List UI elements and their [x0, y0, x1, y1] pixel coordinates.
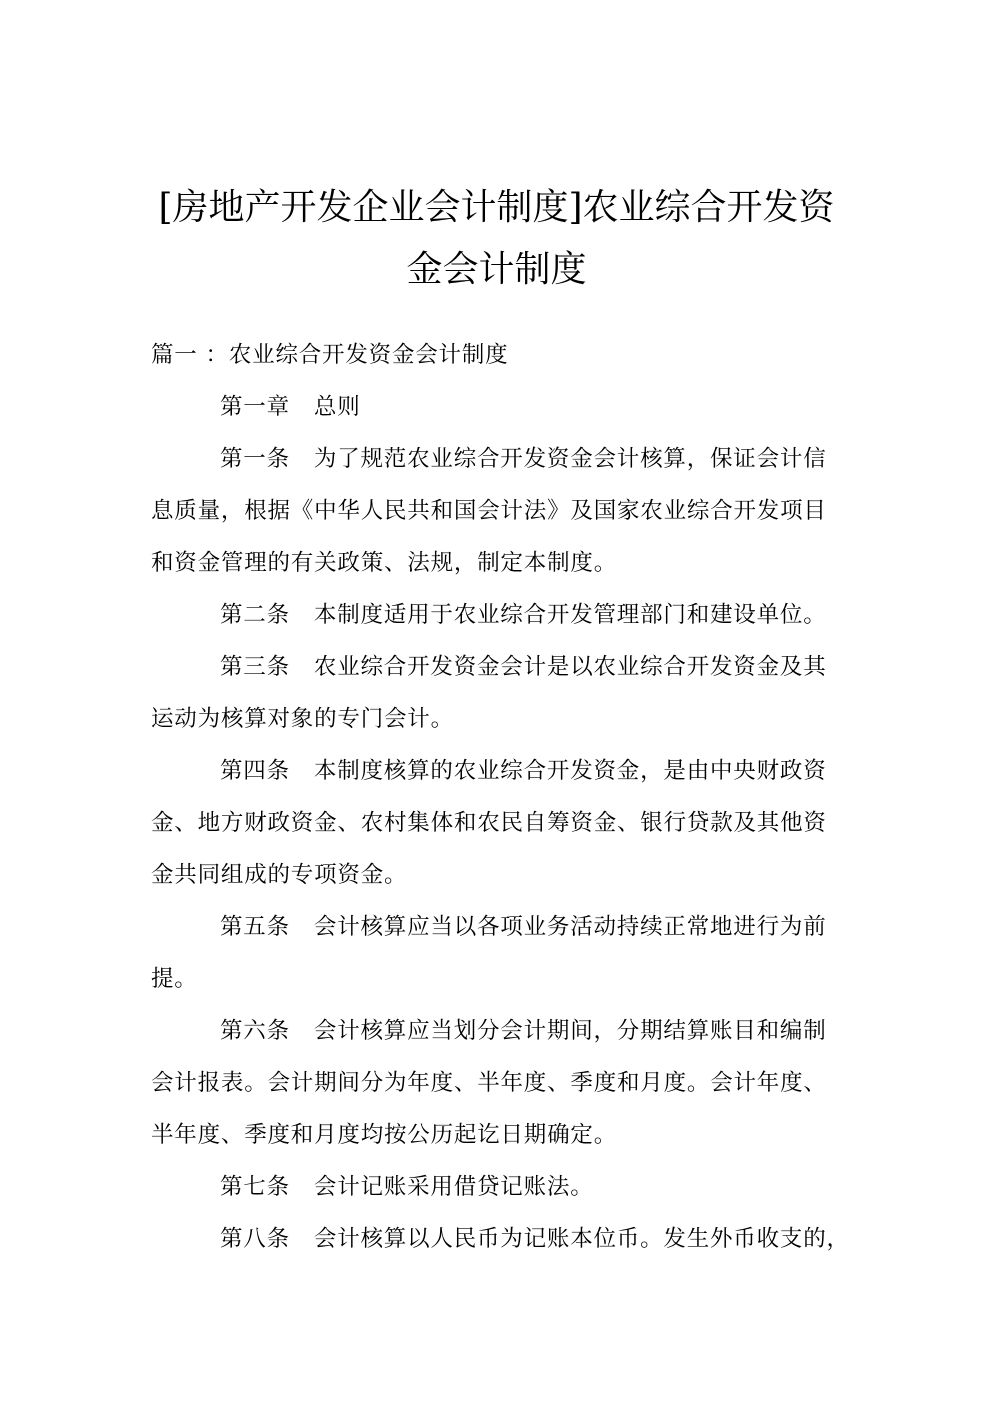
article-1-line-1: 第一条为了规范农业综合开发资金会计核算，保证会计信: [220, 444, 827, 474]
article-label: 第一条: [220, 446, 290, 472]
article-label: 第五条: [220, 914, 290, 940]
article-text: 会计核算应当划分会计期间，分期结算账目和编制: [314, 1018, 827, 1044]
article-label: 第六条: [220, 1018, 290, 1044]
article-3-line-2: 运动为核算对象的专门会计。: [151, 704, 454, 734]
article-label: 第四条: [220, 758, 290, 784]
document-page: [房地产开发企业会计制度]农业综合开发资 金会计制度 篇一 ：农业综合开发资金会…: [0, 0, 993, 1404]
document-title-line-2: 金会计制度: [0, 248, 993, 292]
article-4-line-3: 金共同组成的专项资金。: [151, 860, 407, 890]
article-text: 会计记账采用借贷记账法。: [314, 1174, 594, 1200]
article-2-line-1: 第二条本制度适用于农业综合开发管理部门和建设单位。: [220, 600, 827, 630]
article-1-line-2: 息质量，根据《中华人民共和国会计法》及国家农业综合开发项目: [151, 496, 827, 526]
article-text: 为了规范农业综合开发资金会计核算，保证会计信: [314, 446, 827, 472]
article-7-line-1: 第七条会计记账采用借贷记账法。: [220, 1172, 594, 1202]
article-label: 第七条: [220, 1174, 290, 1200]
section-heading: 篇一 ：农业综合开发资金会计制度: [151, 340, 508, 370]
article-label: 第二条: [220, 602, 290, 628]
article-4-line-1: 第四条本制度核算的农业综合开发资金，是由中央财政资: [220, 756, 827, 786]
article-text: 会计核算应当以各项业务活动持续正常地进行为前: [314, 914, 827, 940]
article-label: 第三条: [220, 654, 290, 680]
article-5-line-1: 第五条会计核算应当以各项业务活动持续正常地进行为前: [220, 912, 827, 942]
article-label: 第八条: [220, 1226, 290, 1252]
article-4-line-2: 金、地方财政资金、农村集体和农民自筹资金、银行贷款及其他资: [151, 808, 827, 838]
article-6-line-3: 半年度、季度和月度均按公历起讫日期确定。: [151, 1120, 617, 1150]
article-6-line-1: 第六条会计核算应当划分会计期间，分期结算账目和编制: [220, 1016, 827, 1046]
article-text: 农业综合开发资金会计是以农业综合开发资金及其: [314, 654, 827, 680]
article-text: 本制度适用于农业综合开发管理部门和建设单位。: [314, 602, 827, 628]
article-6-line-2: 会计报表。会计期间分为年度、半年度、季度和月度。会计年度、: [151, 1068, 827, 1098]
article-text: 本制度核算的农业综合开发资金，是由中央财政资: [314, 758, 827, 784]
chapter-number: 第一章: [220, 394, 290, 420]
article-text: 会计核算以人民币为记账本位币。发生外币收支的，: [314, 1226, 850, 1252]
article-3-line-1: 第三条农业综合开发资金会计是以农业综合开发资金及其: [220, 652, 827, 682]
chapter-name: 总则: [314, 394, 361, 420]
article-8-line-1: 第八条会计核算以人民币为记账本位币。发生外币收支的，: [220, 1224, 850, 1254]
chapter-heading: 第一章总则: [220, 392, 361, 422]
article-5-line-2: 提。: [151, 964, 198, 994]
article-1-line-3: 和资金管理的有关政策、法规，制定本制度。: [151, 548, 617, 578]
document-title-line-1: [房地产开发企业会计制度]农业综合开发资: [0, 186, 993, 230]
